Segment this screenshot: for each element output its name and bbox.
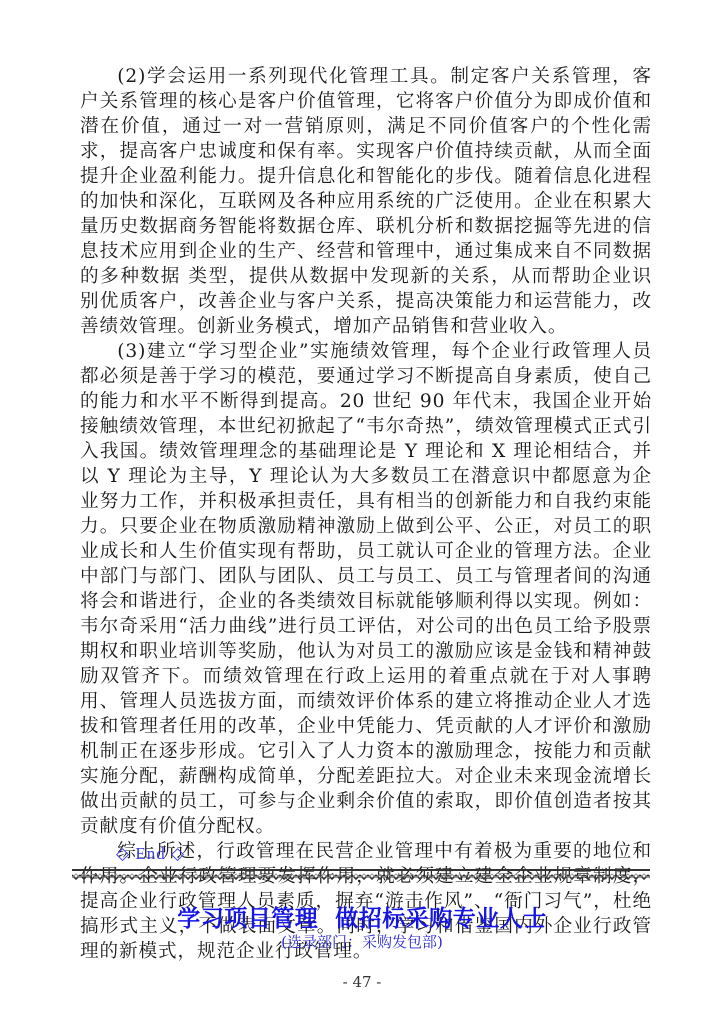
wavy-divider: [72, 869, 650, 883]
promo-title: 学习项目管理 做招标采购专业人士: [0, 900, 724, 933]
page-number: - 47 -: [0, 973, 724, 991]
article-body: (2)学会运用一系列现代化管理工具。制定客户关系管理，客户关系管理的核心是客户价…: [80, 64, 652, 964]
paragraph-learning-organization: (3)建立“学习型企业”实施绩效管理，每个企业行政管理人员都必须是善于学习的模范…: [80, 339, 652, 839]
end-mark: ◇ End ◇: [116, 844, 185, 864]
paragraph-management-tools: (2)学会运用一系列现代化管理工具。制定客户关系管理，客户关系管理的核心是客户价…: [80, 64, 652, 339]
zigzag-border-icon: [72, 873, 650, 881]
promo-subtitle: (选录部门：采购发包部): [0, 931, 724, 952]
